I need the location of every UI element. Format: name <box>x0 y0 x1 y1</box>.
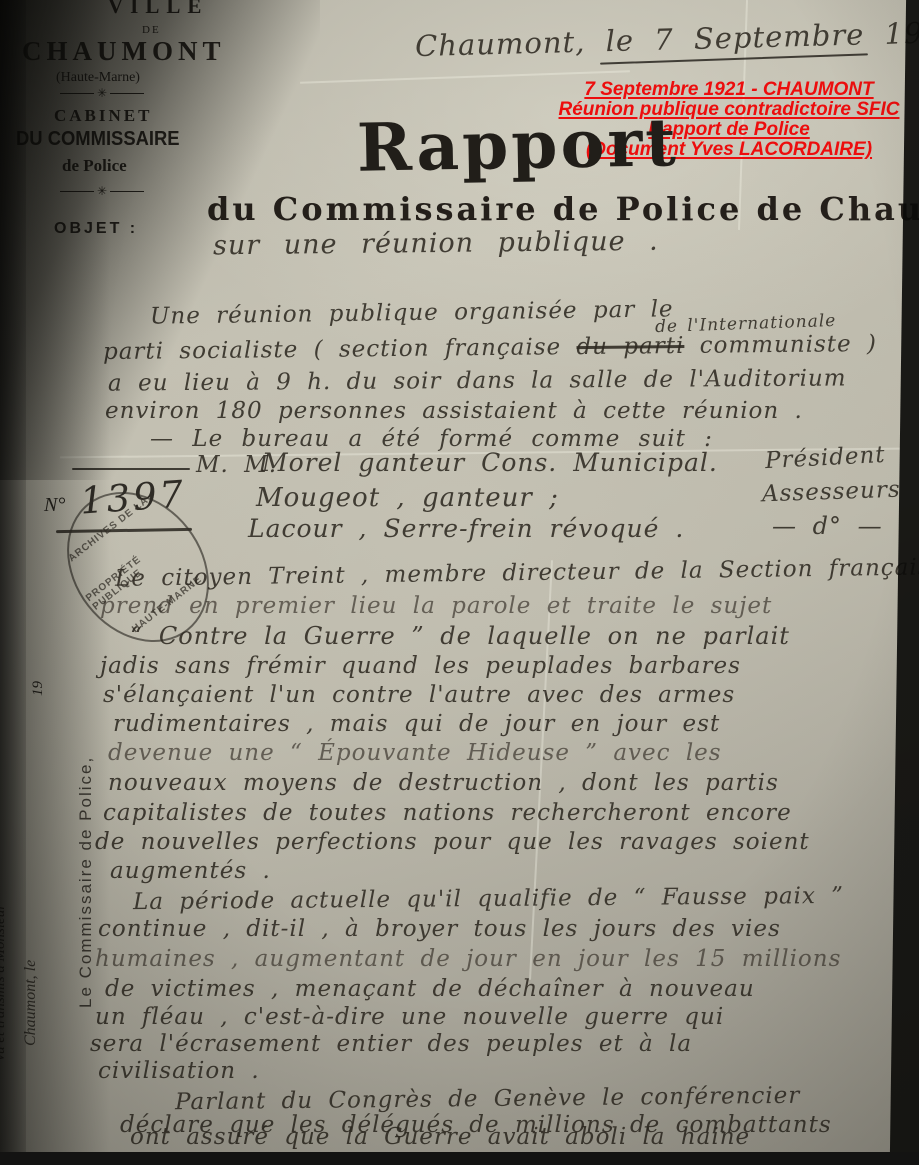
body-line: “ Contre la Guerre ” de laquelle on ne p… <box>130 622 790 650</box>
number-label: N° <box>44 494 65 517</box>
margin-year: 19 <box>30 681 47 696</box>
letterhead-objet: OBJET : <box>54 220 138 238</box>
report-object: sur une réunion publique . <box>213 226 659 262</box>
body-line: prend en premier lieu la parole et trait… <box>100 593 772 619</box>
bureau-member-role: Assesseurs <box>762 477 901 508</box>
annotation-line-1: 7 Septembre 1921 - CHAUMONT <box>540 80 918 100</box>
document-photo: VILLE DE CHAUMONT (Haute-Marne) ✳ CABINE… <box>0 0 919 1165</box>
body-line: ont assuré que la Guerre avait aboli la … <box>130 1124 750 1150</box>
margin-transmit: Vu et transmis à Monsieur <box>0 904 9 1062</box>
report-title: Rapport <box>356 103 679 187</box>
number-overline <box>72 468 190 470</box>
letterhead-ornament-rule: ✳ <box>52 184 152 199</box>
letterhead-ornament-rule: ✳ <box>52 86 152 101</box>
ornament-asterisk-icon: ✳ <box>97 184 107 199</box>
body-text: communiste ) <box>700 331 878 359</box>
body-line: nouveaux moyens de destruction , dont le… <box>108 770 779 796</box>
body-line: continue , dit-il , à broyer tous les jo… <box>98 916 781 942</box>
letterhead-dept: (Haute-Marne) <box>56 70 140 86</box>
bureau-member-name: Morel ganteur Cons. Municipal. <box>262 448 718 477</box>
letterhead-de-police: de Police <box>62 156 127 176</box>
letterhead-du-commissaire: DU COMMISSAIRE <box>16 128 180 151</box>
body-line: sera l'écrasement entier des peuples et … <box>90 1031 692 1057</box>
body-line: de nouvelles perfections pour que les ra… <box>95 829 810 855</box>
letterhead-ville: VILLE <box>108 0 208 19</box>
report-subtitle: du Commissaire de Police de Chaumont <box>207 190 919 228</box>
margin-place: Chaumont, le <box>22 960 40 1046</box>
body-text: parti socialiste ( section française <box>103 334 561 365</box>
bureau-member-name: Lacour , Serre-frein révoqué . <box>248 514 684 543</box>
letterhead-de: DE <box>142 24 161 36</box>
body-line: jadis sans frémir quand les peuplades ba… <box>100 653 741 679</box>
body-line: de victimes , menaçant de déchaîner à no… <box>105 976 755 1002</box>
bureau-member-name: Mougeot , ganteur ; <box>256 483 559 513</box>
body-line: civilisation . <box>98 1058 260 1084</box>
body-line: humaines , augmentant de jour en jour le… <box>95 946 841 972</box>
body-line: capitalistes de toutes nations recherche… <box>103 800 792 826</box>
letterhead-cabinet: CABINET <box>54 106 152 126</box>
ornament-asterisk-icon: ✳ <box>97 86 107 101</box>
body-line: devenue une “ Épouvante Hideuse ” avec l… <box>108 740 722 766</box>
margin-signature: Le Commissaire de Police, <box>76 756 96 1008</box>
body-line: augmentés . <box>110 858 271 884</box>
bureau-member-role: — d° — <box>772 512 883 540</box>
body-line: rudimentaires , mais qui de jour en jour… <box>113 711 720 737</box>
body-line: a eu lieu à 9 h. du soir dans la salle d… <box>108 365 847 396</box>
body-line: un fléau , c'est-à-dire une nouvelle gue… <box>95 1004 724 1030</box>
body-line: s'élançaient l'un contre l'autre avec de… <box>103 682 735 708</box>
body-line: environ 180 personnes assistaient à cett… <box>105 398 803 424</box>
letterhead-commune: CHAUMONT <box>22 36 226 67</box>
struck-text: du parti <box>576 333 684 360</box>
